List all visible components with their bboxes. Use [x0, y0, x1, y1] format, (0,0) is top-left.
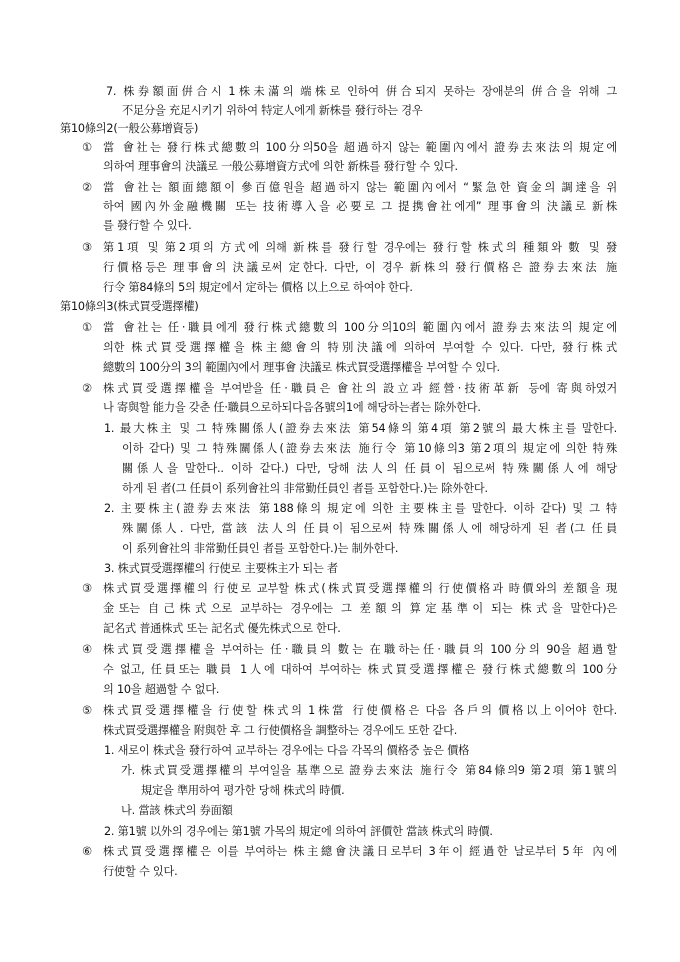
clause-number: ② [82, 181, 92, 195]
article-10-2-clause-1-line-1: 當 會社는 發行株式總數의 100分의50을 超過하지 않는 範圍內에서 證券去… [103, 141, 617, 156]
article-10-3-clause-3-line-2: 金또는 自己株式으로 교부하는 경우에는 그 差額의 算定基準이 되는 株式을 … [103, 602, 617, 617]
clause-2-item-1-line-1: 1. 最大株主 및 그 特殊關係人(證券去來法 第54條의 第4項 第2號의 最… [104, 422, 617, 437]
clause-5-item-2: 2. 第1號 以外의 경우에는 第1號 가목의 規定에 의하여 評價한 當該 株… [104, 825, 493, 839]
article-10-3-clause-1-line-3: 總數의 100分의 3의 範圍內에서 理事會 決議로 株式買受選擇權을 부여할 … [103, 361, 500, 375]
article-10-3-heading: 第10條의3(株式買受選擇權) [60, 300, 199, 314]
clause-2-item-1-line-2: 이하 같다) 및 그 特殊關係人(證券去來法 施行令 第10條의3 第2項의 規… [122, 442, 617, 457]
prev-item-7-line-1: 7. 株券額面倂合시 1株未滿의 端株로 인하여 倂合되지 못하는 장애분의 倂… [106, 85, 617, 100]
clause-2-item-2-line-1: 2. 主要株主(證券去來法 第188條의 規定에 의한 主要株主를 말한다. 이… [104, 502, 617, 517]
article-10-2-clause-3-line-2: 行價格등은 理事會의 決議로써 定한다. 다만, 이 경우 新株의 發行價格은 … [103, 261, 617, 276]
article-10-2-clause-3-line-1: 第1項 및 第2項의 方式에 의해 新株를 發行할 경우에는 發行할 株式의 種… [103, 241, 617, 256]
article-10-2-clause-2-line-1: 當 會社는 額面總額이 參百億원을 超過하지 않는 範圍內에서 “緊急한 資金의… [103, 181, 617, 196]
clause-5-item-1: 1. 새로이 株式을 發行하여 교부하는 경우에는 다음 각목의 價格중 높은 … [104, 744, 469, 758]
article-10-3-clause-1-line-1: 當 會社는 任·職員에게 發行株式總數의 100分의10의 範圍內에서 證券去來… [103, 321, 617, 336]
clause-2-item-1-line-3: 關係人을 말한다.. 이하 같다.) 다만, 당해 法人의 任員이 됨으로써 特… [122, 462, 617, 477]
clause-number: ⑤ [82, 704, 92, 718]
clause-number: ⑥ [82, 845, 92, 859]
article-10-2-clause-3-line-3: 行令 第84條의 5의 規定에서 定하는 價格 以上으로 하여야 한다. [103, 281, 413, 295]
article-10-2-clause-1-line-2: 의하여 理事會의 決議로 一般公募增資方式에 의한 新株를 發行할 수 있다. [103, 160, 458, 174]
article-10-3-clause-5-line-2: 株式買受選擇權을 附與한 후 그 行使價格을 調整하는 경우에도 또한 같다. [103, 724, 457, 738]
document-page: 7. 株券額面倂合시 1株未滿의 端株로 인하여 倂合되지 못하는 장애분의 倂… [0, 0, 680, 962]
prev-item-7-line-2: 不足分을 充足시키기 위하여 特定人에게 新株를 發行하는 경우 [122, 104, 423, 118]
clause-number: ③ [82, 241, 92, 255]
article-10-3-clause-4-line-2: 수 없고, 任員또는 職員 1人에 대하여 부여하는 株式買受選擇權은 發行株式… [103, 663, 617, 678]
clause-number: ④ [82, 643, 92, 657]
article-10-2-clause-2-line-2: 하여 國內外金融機關 또는 技術導入을 必要로 그 提携會社에게” 理事會의 決… [103, 200, 617, 215]
clause-number: ① [82, 321, 92, 335]
clause-2-item-3-line-1: 3. 株式買受選擇權의 行使로 主要株主가 되는 者 [104, 562, 338, 576]
clause-number: ② [82, 382, 92, 396]
article-10-3-clause-5-line-1: 株式買受選擇權을 行使할 株式의 1株當 行使價格은 다음 各戶의 價格以上이어… [103, 704, 617, 719]
article-10-3-clause-3-line-3: 記名式 普通株式 또는 記名式 優先株式으로 한다. [103, 622, 341, 636]
clause-2-item-2-line-2: 殊關係人. 다만, 當該 法人의 任員이 됨으로써 特殊關係人에 해당하게 된 … [122, 522, 617, 537]
article-10-3-clause-2-line-2: 나 寄與할 能力을 갖춘 任·職員으로하되다음各號의1에 해당하는者는 除外한다… [103, 401, 481, 415]
article-10-3-clause-6-line-1: 株式買受選擇權은 이를 부여하는 株主總會決議日로부터 3年이 經過한 날로부터… [103, 845, 617, 860]
article-10-2-clause-2-line-3: 를 發行할 수 있다. [103, 219, 191, 233]
clause-2-item-2-line-3: 이 系列會社의 非常勤任員인 者를 포함한다.)는 制外한다. [122, 542, 398, 556]
article-10-3-clause-2-line-1: 株式買受選擇權을 부여받을 任·職員은 會社의 設立과 經營·技術革新 등에 寄… [103, 382, 617, 397]
clause-2-item-1-line-4: 하게 된 者(그 任員이 系列會社의 非常勤任員인 者를 포함한다.)는 除外한… [122, 482, 488, 496]
article-10-3-clause-3-line-1: 株式買受選擇權의 行使로 교부할 株式(株式買受選擇權의 行使價格과 時價와의 … [103, 582, 617, 597]
clause-number: ① [82, 141, 92, 155]
clause-5-sub-ga-line-1: 가. 株式買受選擇權의 부여일을 基準으로 證券去來法 施行令 第84條의9 第… [121, 764, 617, 779]
clause-5-sub-na: 나. 當該 株式의 券面額 [121, 804, 233, 818]
article-10-2-heading: 第10條의2(一般公募增資등) [60, 122, 198, 136]
article-10-3-clause-4-line-3: 의 10을 超過할 수 없다. [103, 683, 219, 697]
clause-number: ③ [82, 582, 92, 596]
article-10-3-clause-1-line-2: 의한 株式買受選擇權을 株主總會의 特別決議에 의하여 부여할 수 있다. 다만… [103, 341, 617, 356]
clause-5-sub-ga-line-2: 規定을 準用하여 평가한 당해 株式의 時價. [141, 784, 345, 798]
article-10-3-clause-4-line-1: 株式買受選擇權을 부여하는 任·職員의 數는 在職하는任·職員의 100分의 9… [103, 643, 617, 658]
article-10-3-clause-6-line-2: 行使할 수 있다. [103, 865, 177, 879]
